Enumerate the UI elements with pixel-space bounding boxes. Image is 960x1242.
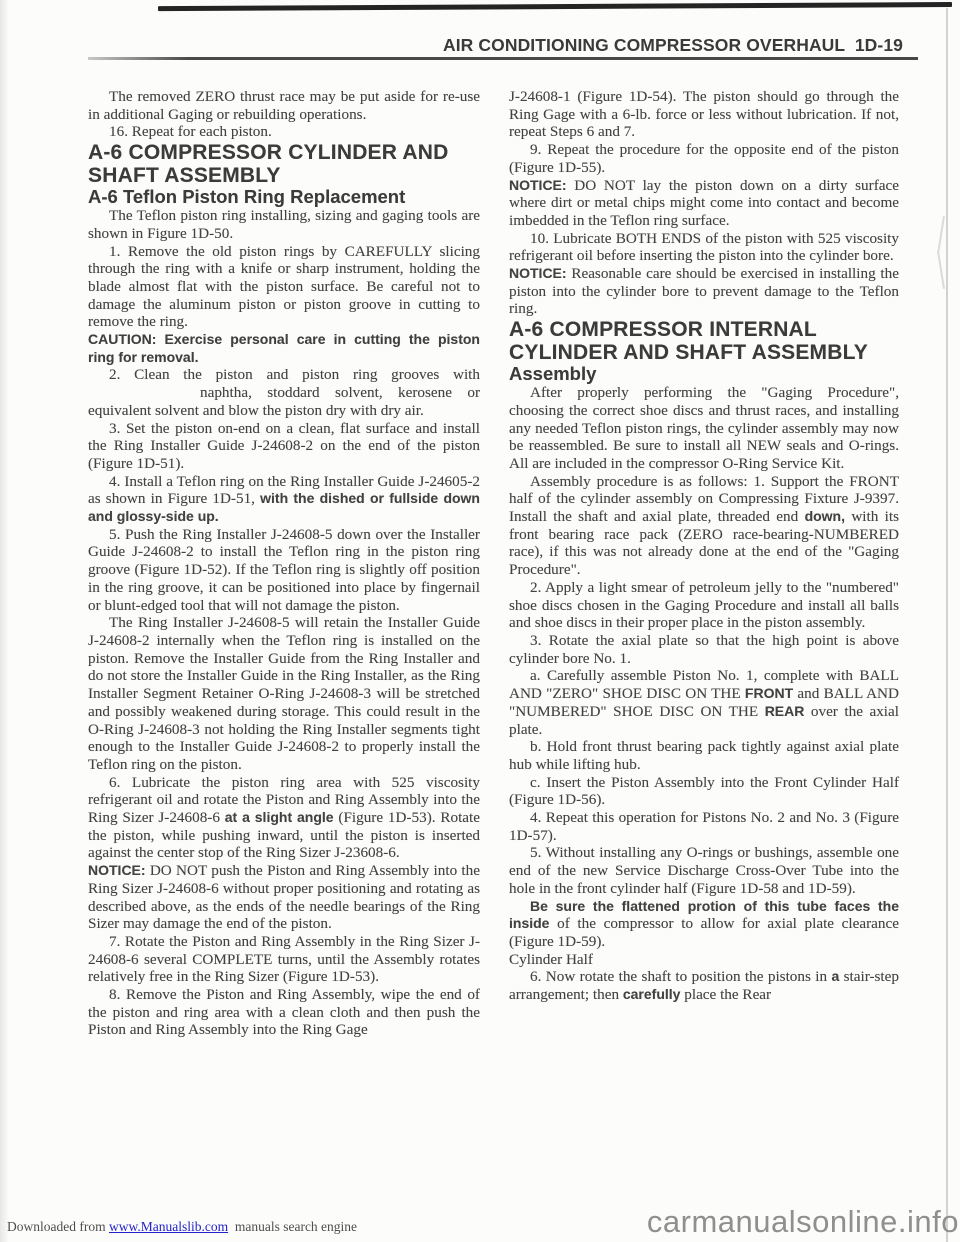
text-segment: b. Hold front thrust bearing pack tightl… [509, 738, 899, 773]
text-segment: naphtha, stoddard solvent, kerosene or e… [88, 384, 480, 419]
text-segment: 16. Repeat for each piston. [109, 123, 272, 140]
paragraph: 4. Install a Teflon ring on the Ring Ins… [88, 473, 480, 526]
paragraph: Assembly procedure is as follows: 1. Sup… [509, 473, 899, 579]
text-segment: 2. Clean the piston and piston ring groo… [109, 366, 480, 383]
text-segment: DO NOT lay the piston down on a dirty su… [509, 177, 899, 229]
paragraph: The removed ZERO thrust race may be put … [88, 88, 480, 123]
text-segment: 9. Repeat the procedure for the opposite… [509, 141, 899, 176]
paragraph: 3. Rotate the axial plate so that the hi… [509, 632, 899, 667]
manualslib-link[interactable]: www.Manualslib.com [109, 1219, 228, 1234]
paragraph: 6. Lubricate the piston ring area with 5… [88, 774, 480, 863]
column-right: J-24608-1 (Figure 1D-54). The piston sho… [509, 88, 899, 1004]
text-segment: of the compressor to allow for axial pla… [509, 915, 899, 950]
paragraph: Cylinder Half [509, 951, 899, 969]
paragraph: The Teflon piston ring installing, sizin… [88, 207, 480, 242]
paragraph: c. Insert the Piston Assembly into the F… [509, 774, 899, 809]
paragraph: 6. Now rotate the shaft to position the … [509, 968, 899, 1003]
paragraph: 5. Without installing any O-rings or bus… [509, 844, 899, 897]
text-segment: 5. Push the Ring Installer J-24608-5 dow… [88, 526, 480, 614]
text-segment: J-24608-1 (Figure 1D-54). The piston sho… [509, 88, 899, 140]
paragraph: After properly performing the "Gaging Pr… [509, 384, 899, 473]
text-segment: 10. Lubricate BOTH ENDS of the piston wi… [509, 230, 899, 265]
subsection-heading: Assembly [509, 364, 899, 384]
section-heading: A-6 COMPRESSOR CYLINDER AND SHAFT ASSEMB… [88, 141, 480, 187]
paragraph: 8. Remove the Piston and Ring Assembly, … [88, 986, 480, 1039]
header-rule [88, 57, 918, 60]
paragraph: 2. Apply a light smear of petroleum jell… [509, 579, 899, 632]
scan-left-edge-shadow [0, 0, 9, 1242]
text-segment: carefully [623, 986, 681, 1002]
text-segment: Assembly [509, 363, 596, 384]
watermark: carmanualsonline.info [647, 1204, 959, 1240]
paragraph: 3. Set the piston on-end on a clean, fla… [88, 420, 480, 473]
notice-text: NOTICE: Reasonable care should be exerci… [509, 265, 899, 318]
notice-text: NOTICE: DO NOT lay the piston down on a … [509, 177, 899, 230]
text-segment: CAUTION: Exercise personal care in cutti… [88, 331, 480, 365]
scan-top-bar [158, 2, 952, 11]
page-edge-wrinkle [937, 251, 944, 289]
text-segment: 2. Apply a light smear of petroleum jell… [509, 579, 899, 631]
text-segment: After properly performing the "Gaging Pr… [509, 384, 899, 472]
paragraph: 1. Remove the old piston rings by CAREFU… [88, 243, 480, 332]
footer-suffix: manuals search engine [228, 1219, 357, 1234]
paragraph: 16. Repeat for each piston. [88, 123, 480, 141]
text-segment: 8. Remove the Piston and Ring Assembly, … [88, 986, 480, 1038]
text-segment: 5. Without installing any O-rings or bus… [509, 844, 899, 896]
text-segment: Reasonable care should be exercised in i… [509, 265, 899, 317]
paragraph: J-24608-1 (Figure 1D-54). The piston sho… [509, 88, 899, 141]
scanned-manual-page: AIR CONDITIONING COMPRESSOR OVERHAUL 1D-… [0, 0, 960, 1242]
text-segment: The Teflon piston ring installing, sizin… [88, 207, 480, 242]
footer-note: Downloaded from www.Manualslib.com manua… [7, 1219, 357, 1235]
text-segment: NOTICE: [509, 177, 567, 193]
paragraph: 9. Repeat the procedure for the opposite… [509, 141, 899, 176]
notice-text: NOTICE: DO NOT push the Piston and Ring … [88, 862, 480, 933]
paragraph: b. Hold front thrust bearing pack tightl… [509, 738, 899, 773]
text-segment: NOTICE: [509, 265, 567, 281]
text-segment: REAR [765, 703, 805, 719]
text-segment: A-6 Teflon Piston Ring Replacement [88, 186, 405, 207]
text-segment: at a slight angle [225, 809, 334, 825]
text-segment: FRONT [745, 685, 793, 701]
paragraph: The Ring Installer J-24608-5 will retain… [88, 614, 480, 773]
footer-prefix: Downloaded from [7, 1219, 109, 1234]
text-segment: A-6 COMPRESSOR INTERNAL CYLINDER AND SHA… [509, 318, 868, 364]
page-edge-line [946, 8, 948, 1242]
text-segment: NOTICE: [88, 862, 146, 878]
paragraph: 2. Clean the piston and piston ring groo… [88, 366, 480, 419]
page-edge-wrinkle [937, 216, 944, 254]
text-segment: 3. Set the piston on-end on a clean, fla… [88, 420, 480, 472]
text-segment: A-6 COMPRESSOR CYLINDER AND SHAFT ASSEMB… [88, 141, 448, 187]
paragraph: 5. Push the Ring Installer J-24608-5 dow… [88, 526, 480, 615]
text-segment: 7. Rotate the Piston and Ring Assembly i… [88, 933, 480, 985]
text-segment: c. Insert the Piston Assembly into the F… [509, 774, 899, 809]
text-segment: 6. Now rotate the shaft to position the … [530, 968, 831, 985]
caution-text: CAUTION: Exercise personal care in cutti… [88, 331, 480, 366]
text-segment: Cylinder Half [509, 951, 593, 968]
paragraph: 10. Lubricate BOTH ENDS of the piston wi… [509, 230, 899, 265]
text-segment: 4. Repeat this operation for Pistons No.… [509, 809, 899, 844]
paragraph: 7. Rotate the Piston and Ring Assembly i… [88, 933, 480, 986]
section-heading: A-6 COMPRESSOR INTERNAL CYLINDER AND SHA… [509, 318, 899, 364]
subsection-heading: A-6 Teflon Piston Ring Replacement [88, 187, 480, 207]
text-segment: place the Rear [680, 986, 771, 1003]
text-segment: DO NOT push the Piston and Ring Assembly… [88, 862, 480, 932]
paragraph: 4. Repeat this operation for Pistons No.… [509, 809, 899, 844]
text-segment: down, [805, 508, 845, 524]
column-left: The removed ZERO thrust race may be put … [88, 88, 480, 1039]
text-segment: The Ring Installer J-24608-5 will retain… [88, 614, 480, 773]
paragraph: Be sure the flattened protion of this tu… [509, 898, 899, 951]
text-segment: The removed ZERO thrust race may be put … [88, 88, 480, 123]
page-header-title: AIR CONDITIONING COMPRESSOR OVERHAUL 1D-… [0, 35, 903, 56]
text-segment: 3. Rotate the axial plate so that the hi… [509, 632, 899, 667]
text-segment: 1. Remove the old piston rings by CAREFU… [88, 243, 480, 331]
paragraph: a. Carefully assemble Piston No. 1, comp… [509, 667, 899, 738]
